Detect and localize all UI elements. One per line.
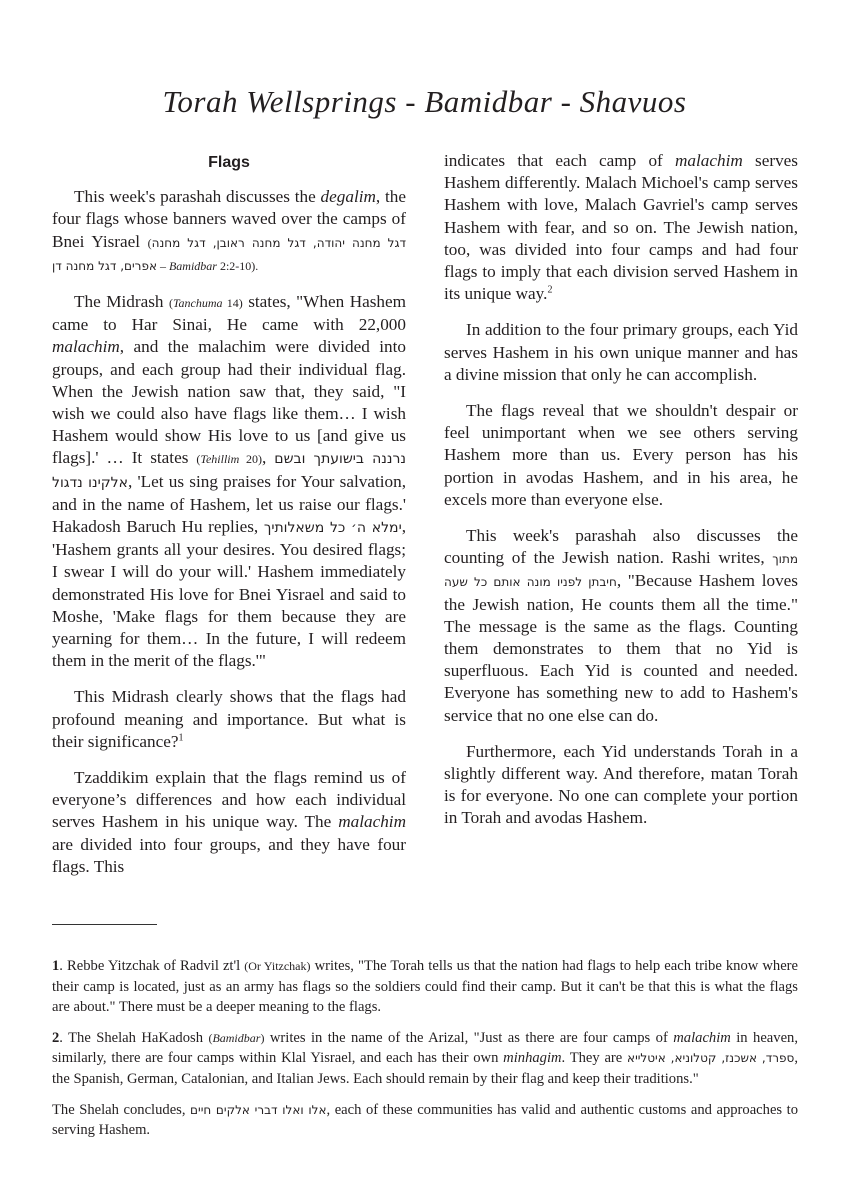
text: . They are (562, 1050, 628, 1066)
hebrew-quote: אלו ואלו דברי אלקים חיים (190, 1103, 326, 1117)
text: serves Hashem differently. Malach Michoe… (444, 151, 798, 303)
footnote-ref-1[interactable]: 1 (178, 732, 183, 743)
italic-term: malachim (675, 151, 743, 170)
citation-ref: 20) (239, 452, 262, 466)
text: . Rebbe Yitzchak of Radvil zt'l (59, 958, 244, 974)
italic-term: malachim (52, 337, 120, 356)
citation-dash: – (157, 259, 169, 273)
text: This week's parashah also discusses the … (444, 526, 798, 567)
text: This week's parashah discusses the (74, 187, 321, 206)
text: The Shelah concludes, (52, 1102, 190, 1118)
text: , 'Hashem grants all your desires. You d… (52, 517, 406, 670)
paragraph-counting: This week's parashah also discusses the … (444, 525, 798, 727)
citation-source: Tanchuma (173, 296, 223, 310)
citation-source: (Or Yitzchak) (244, 959, 310, 973)
paragraph-furthermore: Furthermore, each Yid understands Torah … (444, 741, 798, 830)
paragraph-significance: This Midrash clearly shows that the flag… (52, 686, 406, 753)
left-column: Flags This week's parashah discusses the… (52, 150, 406, 892)
text: , and the malachim were divided into gro… (52, 337, 406, 467)
hebrew-quote: ימלא ה׳ כל משאלותיך (264, 520, 402, 536)
text: . The Shelah HaKadosh (59, 1030, 208, 1046)
footnote-2-conclusion: The Shelah concludes, אלו ואלו דברי אלקי… (52, 1100, 798, 1141)
paragraph-midrash: The Midrash (Tanchuma 14) states, "When … (52, 291, 406, 672)
section-heading: Flags (52, 152, 406, 174)
paragraph-primary-groups: In addition to the four primary groups, … (444, 319, 798, 386)
citation-source: Bamidbar (169, 259, 217, 273)
hebrew-quote: ספרד, אשכנז, קטלוניא, איטלייא (627, 1051, 794, 1065)
footnote-divider (52, 924, 157, 925)
paragraph-intro: This week's parashah discusses the degal… (52, 186, 406, 277)
text: writes in the name of the Arizal, "Just … (264, 1030, 673, 1046)
italic-term: malachim (338, 812, 406, 831)
text: , (262, 448, 274, 467)
italic-term: malachim (673, 1030, 731, 1046)
citation-ref: 14) (223, 296, 243, 310)
citation-source: Tehillim (200, 452, 239, 466)
footnote-1: 1. Rebbe Yitzchak of Radvil zt'l (Or Yit… (52, 956, 798, 1018)
citation-ref: 2:2-10). (217, 259, 258, 273)
text: This Midrash clearly shows that the flag… (52, 687, 406, 750)
footnote-ref-2[interactable]: 2 (547, 284, 552, 295)
paragraph-flags-reveal: The flags reveal that we shouldn't despa… (444, 400, 798, 511)
footnotes: 1. Rebbe Yitzchak of Radvil zt'l (Or Yit… (52, 956, 798, 1151)
text: The Midrash (74, 292, 169, 311)
citation-source: Bamidbar (212, 1031, 260, 1045)
page-title: Torah Wellsprings - Bamidbar - Shavuos (0, 84, 849, 120)
italic-term: minhagim (503, 1050, 561, 1066)
right-column: indicates that each camp of malachim ser… (444, 150, 798, 844)
text: are divided into four groups, and they h… (52, 835, 406, 876)
paragraph-continuation: indicates that each camp of malachim ser… (444, 150, 798, 305)
paragraph-tzaddikim: Tzaddikim explain that the flags remind … (52, 767, 406, 878)
text: indicates that each camp of (444, 151, 675, 170)
footnote-2: 2. The Shelah HaKadosh (Bamidbar) writes… (52, 1028, 798, 1090)
text: , "Because Hashem loves the Jewish natio… (444, 571, 798, 724)
italic-term: degalim (321, 187, 376, 206)
